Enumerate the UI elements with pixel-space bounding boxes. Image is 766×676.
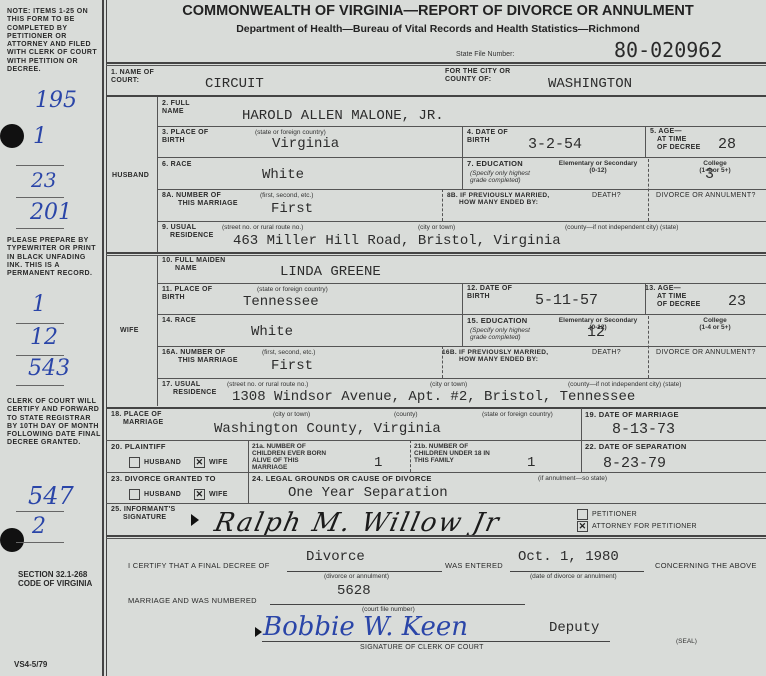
handwritten-543: 543	[28, 356, 70, 381]
husband-college-label: College (1-4 or 5+)	[670, 160, 760, 174]
wife-city-hint: (city or town)	[430, 381, 467, 388]
husband-section-label: HUSBAND	[112, 172, 149, 180]
form-title: COMMONWEALTH OF VIRGINIA—REPORT OF DIVOR…	[110, 3, 766, 19]
court-city-label: FOR THE CITY OR COUNTY OF:	[445, 68, 525, 84]
separation-date: 8-23-79	[603, 455, 666, 472]
arrow-right-icon	[191, 514, 199, 526]
children-born-label: 21a. NUMBER OF CHILDREN EVER BORN ALIVE …	[252, 443, 332, 471]
please-prepare-note: PLEASE PREPARE BY TYPEWRITER OR PRINT IN…	[7, 237, 103, 278]
role-attorney-checkbox[interactable]: ✕ ATTORNEY FOR PETITIONER	[577, 521, 697, 532]
age-label-line: 13. AGE—	[645, 285, 701, 293]
rule	[462, 283, 463, 315]
label-line: 8a. NUMBER OF	[162, 192, 238, 200]
punch-hole	[0, 528, 24, 552]
wife-residence-label: 17. USUAL RESIDENCE	[162, 381, 217, 397]
plaintiff-wife-checkbox[interactable]: ✕ WIFE	[194, 457, 228, 468]
label-line: NAME	[162, 265, 226, 273]
clerk-title: Deputy	[549, 620, 599, 636]
handwritten-201: 201	[30, 200, 72, 225]
husband-elem-label: Elementary or Secondary (0-12)	[553, 160, 643, 174]
section-reference: SECTION 32.1-268 CODE OF VIRGINIA	[18, 570, 98, 588]
grounds-label: 24. LEGAL GROUNDS OR CAUSE OF DIVORCE	[252, 475, 432, 483]
husband-prev-married-label: 8b. IF PREVIOUSLY MARRIED, HOW MANY ENDE…	[447, 192, 549, 206]
age-label-line: AT TIME	[650, 136, 701, 144]
husband-college-value: 3	[705, 166, 714, 183]
wife-prev-married-label: 16b. IF PREVIOUSLY MARRIED, HOW MANY END…	[442, 349, 548, 363]
checkbox-empty-icon	[129, 457, 140, 468]
marriage-state-hint: (state or foreign country)	[482, 411, 553, 418]
college-label: College	[670, 317, 760, 324]
rule	[106, 538, 766, 539]
husband-death-label: DEATH?	[592, 192, 621, 200]
husband-education-hint: (Specify only highest grade completed)	[470, 170, 545, 184]
label-line: HOW MANY ENDED BY:	[442, 356, 548, 363]
husband-age-label: 5. AGE— AT TIME OF DECREE	[650, 128, 701, 152]
concerning-label: CONCERNING THE ABOVE	[655, 562, 757, 570]
clerk-signature-line	[262, 641, 610, 642]
husband-race: White	[262, 167, 304, 183]
wife-section-label: WIFE	[120, 327, 139, 335]
elem-label: Elementary or Secondary	[553, 317, 643, 324]
court-name-label: 1. NAME OF COURT:	[111, 69, 161, 85]
handwritten-12: 12	[30, 325, 58, 350]
frame-left-border	[102, 0, 104, 676]
wife-education-label: 15. EDUCATION	[467, 317, 527, 325]
college-label: College	[670, 160, 760, 167]
husband-marriage-num-label: 8a. NUMBER OF THIS MARRIAGE	[162, 192, 238, 208]
checkbox-label: WIFE	[209, 459, 228, 467]
rule	[157, 221, 766, 222]
wife-birthplace: Tennessee	[243, 294, 319, 310]
marriage-date: 8-13-73	[612, 421, 675, 438]
age-label-line: AT TIME	[645, 293, 701, 301]
decree-hint: (divorce or annulment)	[324, 573, 389, 580]
label-line: 8b. IF PREVIOUSLY MARRIED,	[447, 192, 549, 199]
marriage-city-hint: (city or town)	[273, 411, 310, 418]
dashed-rule	[648, 159, 649, 221]
wife-education-hint: (Specify only highest grade completed)	[470, 327, 545, 341]
rule	[106, 407, 766, 409]
label-line: RESIDENCE	[162, 389, 217, 397]
date-hint: (date of divorce or annulment)	[530, 573, 617, 580]
wife-marriage-num-label: 16a. NUMBER OF THIS MARRIAGE	[162, 349, 238, 365]
divider	[16, 511, 64, 512]
court-name-value: CIRCUIT	[205, 76, 264, 92]
wife-race: White	[251, 324, 293, 340]
husband-age: 28	[718, 136, 736, 153]
dashed-rule	[410, 440, 411, 472]
wife-marriage-num-hint: (first, second, etc.)	[262, 349, 315, 356]
husband-race-label: 6. RACE	[162, 161, 192, 169]
wife-age: 23	[728, 293, 746, 310]
wife-birthplace-hint: (state or foreign country)	[257, 286, 328, 293]
dashed-rule	[442, 189, 443, 221]
husband-dob-label: 4. DATE OF BIRTH	[467, 129, 517, 145]
husband-birthplace-hint: (state or foreign country)	[255, 129, 326, 136]
decree-type: Divorce	[306, 549, 365, 565]
clerk-signature-label: SIGNATURE OF CLERK OF COURT	[360, 644, 484, 652]
divider	[16, 197, 64, 198]
handwritten-1b: 1	[32, 292, 46, 317]
marriage-place: Washington County, Virginia	[214, 421, 441, 437]
form-subtitle: Department of Health—Bureau of Vital Rec…	[110, 23, 766, 35]
rule	[106, 503, 766, 504]
age-label-line: OF DECREE	[650, 144, 701, 152]
file-number-line	[270, 604, 525, 605]
rule	[462, 157, 463, 189]
wife-race-label: 14. RACE	[162, 317, 196, 325]
elem-label: Elementary or Secondary	[553, 160, 643, 167]
label-line: 10. FULL MAIDEN	[162, 257, 226, 265]
checkbox-label: WIFE	[209, 491, 228, 499]
rule	[462, 126, 463, 158]
age-label-line: OF DECREE	[645, 301, 701, 309]
granted-label: 23. DIVORCE GRANTED TO	[111, 475, 216, 483]
role-petitioner-checkbox[interactable]: PETITIONER	[577, 509, 637, 520]
wife-birthplace-label: 11. PLACE OF BIRTH	[162, 286, 224, 302]
sidebar-note: NOTE: ITEMS 1-25 ON THIS FORM TO BE COMP…	[7, 8, 103, 74]
husband-education-label: 7. EDUCATION	[467, 160, 523, 168]
husband-birthplace: Virginia	[272, 136, 339, 152]
checkbox-label: ATTORNEY FOR PETITIONER	[592, 523, 697, 531]
handwritten-23: 23	[31, 168, 56, 192]
grounds: One Year Separation	[288, 485, 448, 501]
checkbox-checked-icon: ✕	[194, 457, 205, 468]
checkbox-empty-icon	[129, 489, 140, 500]
handwritten-1a: 1	[33, 124, 47, 149]
label-line: 25. INFORMANT'S	[111, 506, 176, 514]
wife-residence: 1308 Windsor Avenue, Apt. #2, Bristol, T…	[232, 389, 635, 405]
college-range: (1-4 or 5+)	[670, 167, 760, 174]
husband-full-name: HAROLD ALLEN MALONE, JR.	[242, 108, 444, 124]
file-number: 5628	[337, 583, 371, 599]
label-line: MARRIAGE	[111, 419, 164, 427]
checkbox-checked-icon: ✕	[194, 489, 205, 500]
decree-date-line	[510, 571, 644, 572]
rule	[106, 535, 766, 537]
rule	[157, 189, 766, 190]
wife-elem-value: 12	[587, 324, 605, 341]
label-line: SIGNATURE	[111, 514, 176, 522]
husband-full-name-label: 2. FULL NAME	[162, 100, 202, 116]
frame-left-border-inner	[106, 0, 107, 676]
checkbox-checked-icon: ✕	[577, 521, 588, 532]
marriage-date-label: 19. DATE OF MARRIAGE	[585, 411, 679, 419]
rule	[157, 346, 766, 347]
elem-range: (0-12)	[553, 167, 643, 174]
rule	[106, 252, 766, 254]
grounds-hint: (if annulment—so state)	[538, 475, 607, 482]
was-entered-label: WAS ENTERED	[445, 562, 503, 570]
rule	[106, 65, 766, 66]
wife-marriage-num: First	[271, 358, 313, 374]
husband-county-hint: (county—if not independent city) (state)	[565, 224, 678, 231]
granted-husband-checkbox[interactable]: HUSBAND	[129, 489, 181, 500]
college-range: (1-4 or 5+)	[670, 324, 760, 331]
label-line: THIS MARRIAGE	[162, 200, 238, 208]
rule	[106, 255, 766, 256]
husband-birthplace-label: 3. PLACE OF BIRTH	[162, 129, 222, 145]
husband-street-hint: (street no. or rural route no.)	[222, 224, 303, 231]
court-city-value: WASHINGTON	[548, 76, 632, 92]
age-label-line: 5. AGE—	[650, 128, 701, 136]
rule	[645, 126, 646, 158]
husband-city-hint: (city or town)	[418, 224, 455, 231]
divider	[16, 542, 64, 543]
divider	[16, 385, 64, 386]
wife-age-label: 13. AGE— AT TIME OF DECREE	[645, 285, 701, 309]
section-divider	[157, 97, 158, 252]
handwritten-195: 195	[35, 88, 77, 113]
checkbox-label: PETITIONER	[592, 511, 637, 519]
husband-dob: 3-2-54	[528, 136, 582, 153]
wife-county-hint: (county—if not independent city) (state)	[568, 381, 681, 388]
label-line: 16a. NUMBER OF	[162, 349, 238, 357]
checkbox-label: HUSBAND	[144, 459, 181, 467]
state-file-number: 80-020962	[614, 38, 722, 62]
children-under18-label: 21b. NUMBER OF CHILDREN UNDER 18 IN THIS…	[414, 443, 494, 464]
label-line: RESIDENCE	[162, 232, 214, 240]
husband-divorce-label: DIVORCE OR ANNULMENT?	[656, 192, 756, 200]
husband-residence-label: 9. USUAL RESIDENCE	[162, 224, 214, 240]
husband-marriage-num-hint: (first, second, etc.)	[260, 192, 313, 199]
checkbox-empty-icon	[577, 509, 588, 520]
clerk-note: CLERK OF COURT WILL CERTIFY AND FORWARD …	[7, 398, 103, 448]
checkbox-label: HUSBAND	[144, 491, 181, 499]
label-line: 18. PLACE OF	[111, 411, 164, 419]
husband-residence: 463 Miller Hill Road, Bristol, Virginia	[233, 233, 561, 249]
rule	[106, 440, 766, 441]
handwritten-2: 2	[32, 514, 46, 539]
plaintiff-label: 20. PLAINTIFF	[111, 443, 166, 451]
rule	[106, 472, 766, 473]
clerk-signature: Bobbie W. Keen	[263, 612, 468, 642]
arrow-right-icon	[255, 627, 262, 637]
dashed-rule	[648, 316, 649, 378]
section-divider	[157, 256, 158, 406]
form-code: VS4-5/79	[14, 660, 47, 669]
wife-college-label: College (1-4 or 5+)	[670, 317, 760, 331]
plaintiff-husband-checkbox[interactable]: HUSBAND	[129, 457, 181, 468]
label-line: 17. USUAL	[162, 381, 217, 389]
children-born: 1	[374, 455, 382, 471]
wife-full-name: LINDA GREENE	[280, 264, 381, 280]
divider	[16, 323, 64, 324]
informant-signature: Ralph M. Willow Jr	[212, 508, 503, 538]
state-file-label: State File Number:	[456, 51, 514, 58]
informant-label: 25. INFORMANT'S SIGNATURE	[111, 506, 176, 522]
husband-marriage-num: First	[271, 201, 313, 217]
label-line: HOW MANY ENDED BY:	[447, 199, 549, 206]
divider	[16, 228, 64, 229]
marriage-county-hint: (county)	[394, 411, 417, 418]
divider	[16, 165, 64, 166]
children-under18: 1	[527, 455, 535, 471]
handwritten-547: 547	[28, 482, 74, 510]
wife-dob: 5-11-57	[535, 292, 598, 309]
rule	[106, 62, 766, 64]
decree-type-line	[287, 571, 442, 572]
wife-full-name-label: 10. FULL MAIDEN NAME	[162, 257, 226, 273]
label-line: THIS MARRIAGE	[162, 357, 238, 365]
wife-street-hint: (street no. or rural route no.)	[227, 381, 308, 388]
certify-prefix: I CERTIFY THAT A FINAL DECREE OF	[128, 562, 270, 570]
marriage-place-label: 18. PLACE OF MARRIAGE	[111, 411, 164, 427]
punch-hole	[0, 124, 24, 148]
separation-label: 22. DATE OF SEPARATION	[585, 443, 687, 451]
label-line: 9. USUAL	[162, 224, 214, 232]
numbered-prefix: MARRIAGE AND WAS NUMBERED	[128, 597, 257, 605]
wife-dob-label: 12. DATE OF BIRTH	[467, 285, 517, 301]
label-line: 16b. IF PREVIOUSLY MARRIED,	[442, 349, 548, 356]
decree-date: Oct. 1, 1980	[518, 549, 619, 565]
rule	[157, 378, 766, 379]
wife-death-label: DEATH?	[592, 349, 621, 357]
seal-label: (SEAL)	[676, 638, 697, 645]
granted-wife-checkbox[interactable]: ✕ WIFE	[194, 489, 228, 500]
rule	[106, 95, 766, 97]
rule	[462, 314, 463, 346]
wife-divorce-label: DIVORCE OR ANNULMENT?	[656, 349, 756, 357]
